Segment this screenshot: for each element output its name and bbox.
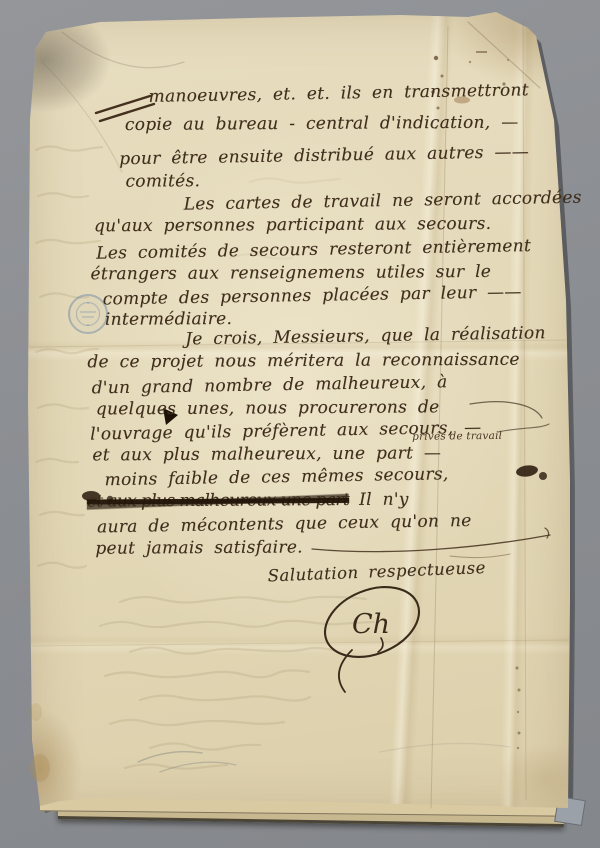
interline-insertion: privés de travail — [412, 430, 502, 443]
manuscript-line: intermédiaire. — [105, 309, 232, 330]
manuscript-line: Les comités de secours resteront entière… — [96, 236, 531, 264]
manuscript-line: de ce projet nous méritera la reconnaiss… — [87, 350, 520, 373]
manuscript-line: quelques unes, nous procurerons de — [96, 397, 440, 419]
manuscript-line-struck: et aux plus malheureux une partIl n'y — [87, 490, 409, 512]
manuscript-line: peut jamais satisfaire. — [95, 537, 303, 558]
manuscript-line: étrangers aux renseignemens utiles sur l… — [90, 262, 491, 284]
manuscript-line: qu'aux personnes participant aux secours… — [94, 214, 492, 236]
manuscript-line: comités. — [125, 171, 200, 191]
manuscript-line: d'un grand nombre de malheureux, à — [91, 372, 447, 398]
struck-line-tail: Il n'y — [359, 490, 409, 510]
manuscript-line: aura de mécontents que ceux qu'on ne — [97, 511, 472, 538]
handwritten-text-layer: manoeuvres, et. et. ils en transmettront… — [0, 0, 600, 848]
manuscript-line: moins faible de ces mêmes secours, — [104, 464, 448, 490]
manuscript-line: pour être ensuite distribué aux autres —… — [119, 142, 529, 169]
manuscript-line: Je crois, Messieurs, que la réalisation — [185, 323, 546, 349]
manuscript-line: manoeuvres, et. et. ils en transmettront — [148, 80, 529, 107]
manuscript-line: Les cartes de travail ne seront accordée… — [184, 188, 582, 215]
closing-salutation: Salutation respectueuse — [267, 558, 486, 585]
manuscript-line: compte des personnes placées par leur —— — [103, 282, 522, 309]
struck-out-text: et aux plus malheureux une part — [87, 490, 349, 512]
manuscript-line: et aux plus malheureux, une part — — [92, 443, 441, 465]
manuscript-line: copie au bureau - central d'indication, … — [125, 113, 519, 135]
manuscript-photo: Ch — [0, 0, 600, 848]
